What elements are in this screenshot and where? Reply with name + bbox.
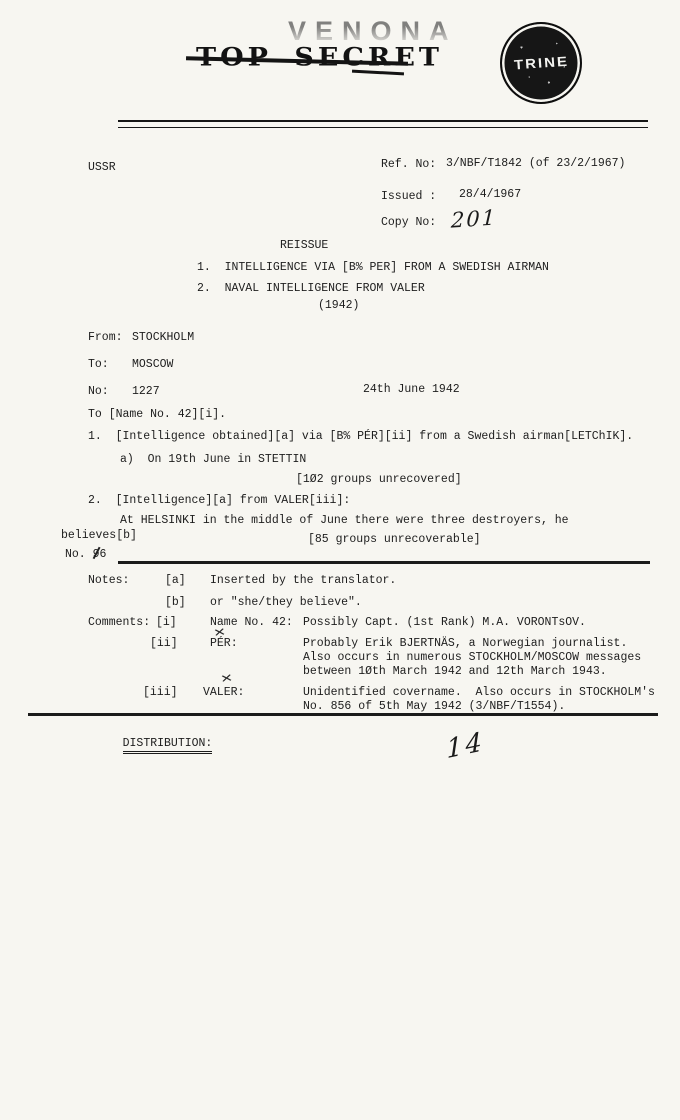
comment-i-text: Possibly Capt. (1st Rank) M.A. VORONTsOV… [303, 616, 586, 630]
paragraph-2-continuation: believes[b] [61, 529, 137, 543]
message-date: 24th June 1942 [363, 383, 460, 397]
note-a-text: Inserted by the translator. [210, 574, 396, 588]
distribution-heading: DISTRIBUTION: [95, 723, 212, 765]
issued-label: Issued : [381, 190, 436, 204]
distribution-separator-rule [28, 713, 658, 716]
title-line-2: 2. NAVAL INTELLIGENCE FROM VALER [197, 282, 425, 296]
paragraph-2: 2. [Intelligence][a] from VALER[iii]: [88, 494, 350, 508]
copy-no-handwritten-value: 201 [451, 205, 498, 232]
unrecovered-groups-1: [1Ø2 groups unrecovered] [296, 473, 462, 487]
comment-iii-text-1: Unidentified covername. Also occurs in S… [303, 686, 655, 700]
comment-ii-text-1: Probably Erik BJERTNÄS, a Norwegian jour… [303, 637, 627, 651]
from-label: From: [88, 331, 123, 345]
note-b-text: or "she/they believe". [210, 596, 362, 610]
trine-stamp-label: TRINE [513, 53, 569, 72]
note-b-tag: [b] [165, 596, 186, 610]
ref-no-label: Ref. No: [381, 158, 436, 172]
ref-no-value: 3/NBF/T1842 (of 23/2/1967) [446, 157, 625, 171]
comment-i-tag: [i] [156, 616, 177, 630]
note-a-tag: [a] [165, 574, 186, 588]
comments-label: Comments: [88, 616, 150, 630]
comment-iii-text-2: No. 856 of 5th May 1942 (3/NBF/T1554). [303, 700, 565, 714]
unrecovered-groups-2: [85 groups unrecoverable] [308, 533, 481, 547]
top-double-rule [118, 120, 648, 128]
from-value: STOCKHOLM [132, 331, 194, 345]
message-number: No. 96 [65, 548, 106, 562]
copy-no-label: Copy No: [381, 216, 436, 230]
handwritten-x-mark-per: ✕ [212, 625, 227, 640]
paragraph-1: 1. [Intelligence obtained][a] via [B% PÉ… [88, 430, 633, 444]
comment-iii-name: VALER: [203, 686, 244, 700]
trine-round-stamp: TRINE [500, 22, 582, 104]
notes-label: Notes: [88, 574, 129, 588]
comment-ii-tag: [ii] [150, 637, 178, 651]
notes-separator-rule [118, 561, 650, 564]
venona-document-page: VENONA TOP SECRET TRINE USSR Ref. No: 3/… [0, 0, 680, 1120]
reissue-heading: REISSUE [280, 239, 328, 253]
country-label: USSR [88, 161, 116, 175]
comment-ii-text-2: Also occurs in numerous STOCKHOLM/MOSCOW… [303, 651, 641, 665]
handwritten-x-mark-valer: ✕ [219, 671, 234, 686]
no-label: No: [88, 385, 109, 399]
issued-value: 28/4/1967 [459, 188, 521, 202]
to-value: MOSCOW [132, 358, 173, 372]
title-line-1: 1. INTELLIGENCE VIA [B% PER] FROM A SWED… [197, 261, 549, 275]
to-label: To: [88, 358, 109, 372]
paragraph-1a: a) On 19th June in STETTIN [120, 453, 306, 467]
title-year: (1942) [318, 299, 359, 313]
addressee-line: To [Name No. 42][i]. [88, 408, 226, 422]
distribution-heading-text: DISTRIBUTION: [123, 737, 213, 754]
comment-ii-text-3: between 1Øth March 1942 and 12th March 1… [303, 665, 607, 679]
no-value: 1227 [132, 385, 160, 399]
paragraph-2-text: At HELSINKI in the middle of June there … [120, 514, 569, 528]
handwritten-page-mark: 14 [446, 727, 485, 766]
comment-iii-tag: [iii] [143, 686, 178, 700]
